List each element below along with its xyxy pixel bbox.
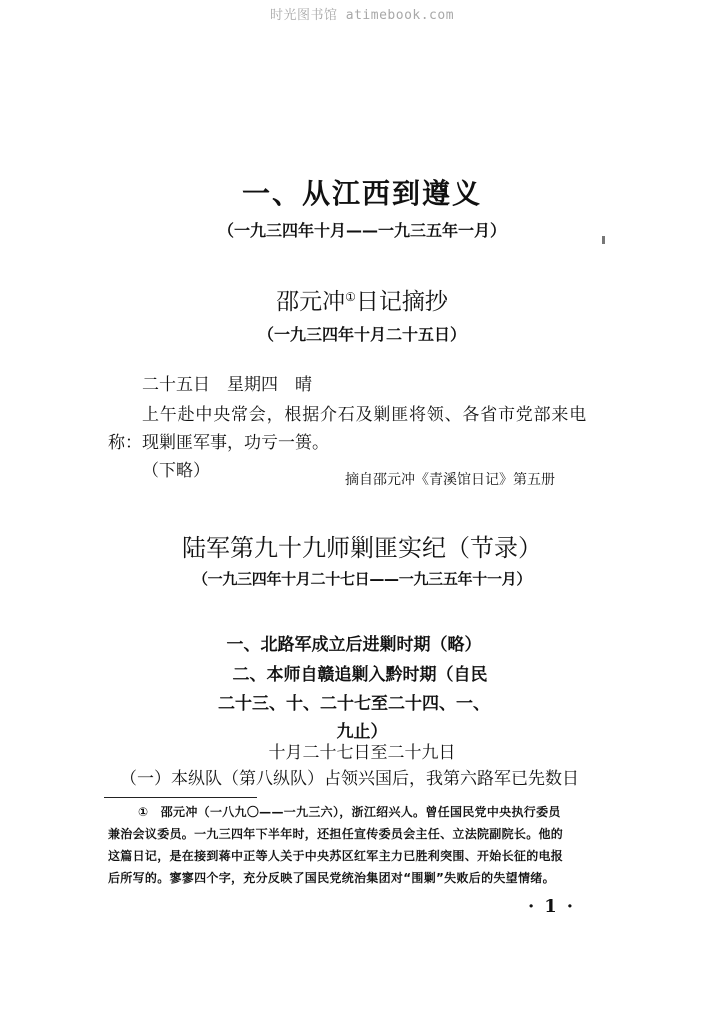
chapter-title: 一、从江西到遵义 [0,172,724,212]
footnote-divider [104,797,257,798]
source-citation: 摘自邵元冲《青溪馆日记》第五册 [345,469,555,489]
page-number: ·1· [528,896,583,917]
watermark: 时光图书馆 atimebook.com [0,4,724,23]
section-title: 邵元冲①日记摘抄 [0,283,724,316]
diary-heading: 二十五日 星期四 晴 [142,370,312,395]
diary-line: （下略） [142,456,210,481]
diary-line: 称：现剿匪军事，功亏一篑。 [108,428,329,453]
chapter-date-range: （一九三四年十月——一九三五年一月） [0,218,724,241]
sub-heading: 一、北路军成立后进剿时期（略） [0,630,716,655]
body-paragraph: （一）本纵队（第八纵队）占领兴国后，我第六路军已先数日 [120,764,579,789]
sub-heading: 二、本师自赣追剿入黔时期（自民 [0,660,722,685]
section-title: 陆军第九十九师剿匪实纪（节录） [0,528,724,563]
footnote-line: 兼治会议委员。一九三四年下半年时，还担任宣传委员会主任、立法院副院长。他的 [108,825,563,842]
footnote-line: 这篇日记，是在接到蒋中正等人关于中央苏区红军主力已胜利突围、开始长征的电报 [108,847,563,864]
scan-speck [602,236,605,244]
sub-heading: 二十三、十、二十七至二十四、一、 [0,689,716,714]
footnote-line: 后所写的。寥寥四个字，充分反映了国民党统治集团对“围剿”失败后的失望情绪。 [108,869,555,886]
section-date: （一九三四年十月二十七日——一九三五年十一月） [0,568,724,589]
footnote-marker[interactable]: ① [345,290,356,304]
section-title-name: 邵元冲 [276,289,345,315]
section-title-suffix: 日记摘抄 [356,289,448,315]
diary-line: 上午赴中央常会，根据介石及剿匪将领、各省市党部来电 [142,400,587,425]
section-date: （一九三四年十月二十五日） [0,322,724,345]
footnote-line: ① 邵元冲（一八九〇——一九三六），浙江绍兴人。曾任国民党中央执行委员 [138,803,561,820]
day-range-heading: 十月二十七日至二十九日 [0,738,724,763]
